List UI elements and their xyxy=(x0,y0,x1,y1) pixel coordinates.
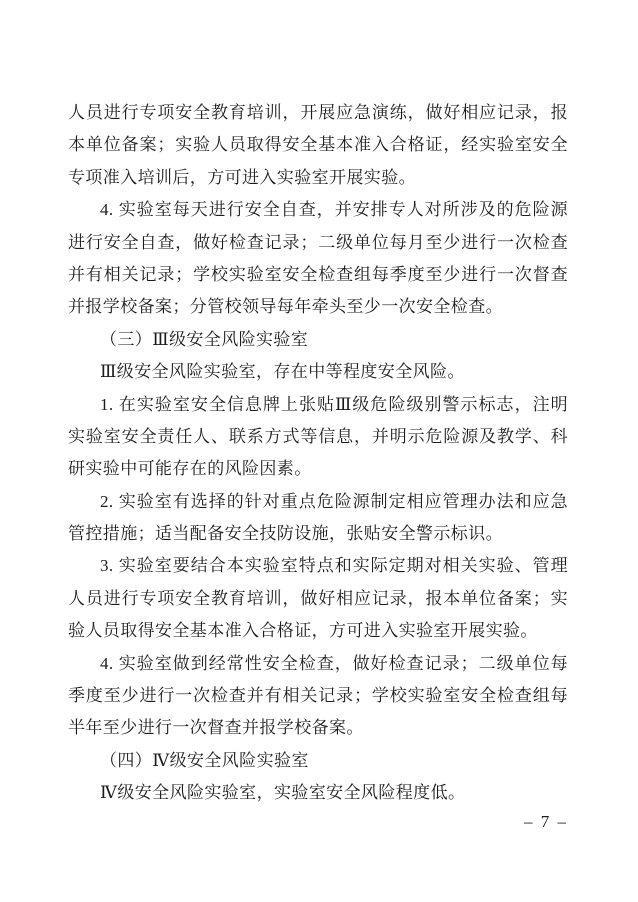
text-line: 半年至少进行一次督查并报学校备案。 xyxy=(68,712,568,744)
text-line: 验人员取得安全基本准入合格证，方可进入实验室开展实验。 xyxy=(68,615,568,647)
text-line: 4. 实验室每天进行安全自查，并安排专人对所涉及的危险源 xyxy=(68,194,568,226)
text-line: 进行安全自查，做好检查记录；二级单位每月至少进行一次检查 xyxy=(68,227,568,259)
document-page: 人员进行专项安全教育培训，开展应急演练，做好相应记录，报本单位备案；实验人员取得… xyxy=(0,0,638,902)
text-line: 本单位备案；实验人员取得安全基本准入合格证，经实验室安全 xyxy=(68,129,568,161)
text-line: （四）Ⅳ级安全风险实验室 xyxy=(68,745,568,777)
text-line: 季度至少进行一次检查并有相关记录；学校实验室安全检查组每 xyxy=(68,680,568,712)
text-line: 2. 实验室有选择的针对重点危险源制定相应管理办法和应急 xyxy=(68,486,568,518)
text-line: 3. 实验室要结合本实验室特点和实际定期对相关实验、管理 xyxy=(68,550,568,582)
text-line: 1. 在实验室安全信息牌上张贴Ⅲ级危险级别警示标志，注明 xyxy=(68,389,568,421)
text-line: 人员进行专项安全教育培训，开展应急演练，做好相应记录，报 xyxy=(68,97,568,129)
text-line: 并有相关记录；学校实验室安全检查组每季度至少进行一次督查 xyxy=(68,259,568,291)
text-line: 并报学校备案；分管校领导每年牵头至少一次安全检查。 xyxy=(68,291,568,323)
text-line: 研实验中可能存在的风险因素。 xyxy=(68,453,568,485)
text-line: 管控措施；适当配备安全技防设施，张贴安全警示标识。 xyxy=(68,518,568,550)
text-line: 专项准入培训后，方可进入实验室开展实验。 xyxy=(68,162,568,194)
text-line: 4. 实验室做到经常性安全检查，做好检查记录；二级单位每 xyxy=(68,648,568,680)
document-body: 人员进行专项安全教育培训，开展应急演练，做好相应记录，报本单位备案；实验人员取得… xyxy=(68,97,568,810)
page-number: – 7 – xyxy=(524,812,568,832)
text-line: （三）Ⅲ级安全风险实验室 xyxy=(68,324,568,356)
text-line: 实验室安全责任人、联系方式等信息，并明示危险源及教学、科 xyxy=(68,421,568,453)
text-line: 人员进行专项安全教育培训，做好相应记录，报本单位备案；实 xyxy=(68,583,568,615)
text-line: Ⅲ级安全风险实验室，存在中等程度安全风险。 xyxy=(68,356,568,388)
text-line: Ⅳ级安全风险实验室，实验室安全风险程度低。 xyxy=(68,777,568,809)
